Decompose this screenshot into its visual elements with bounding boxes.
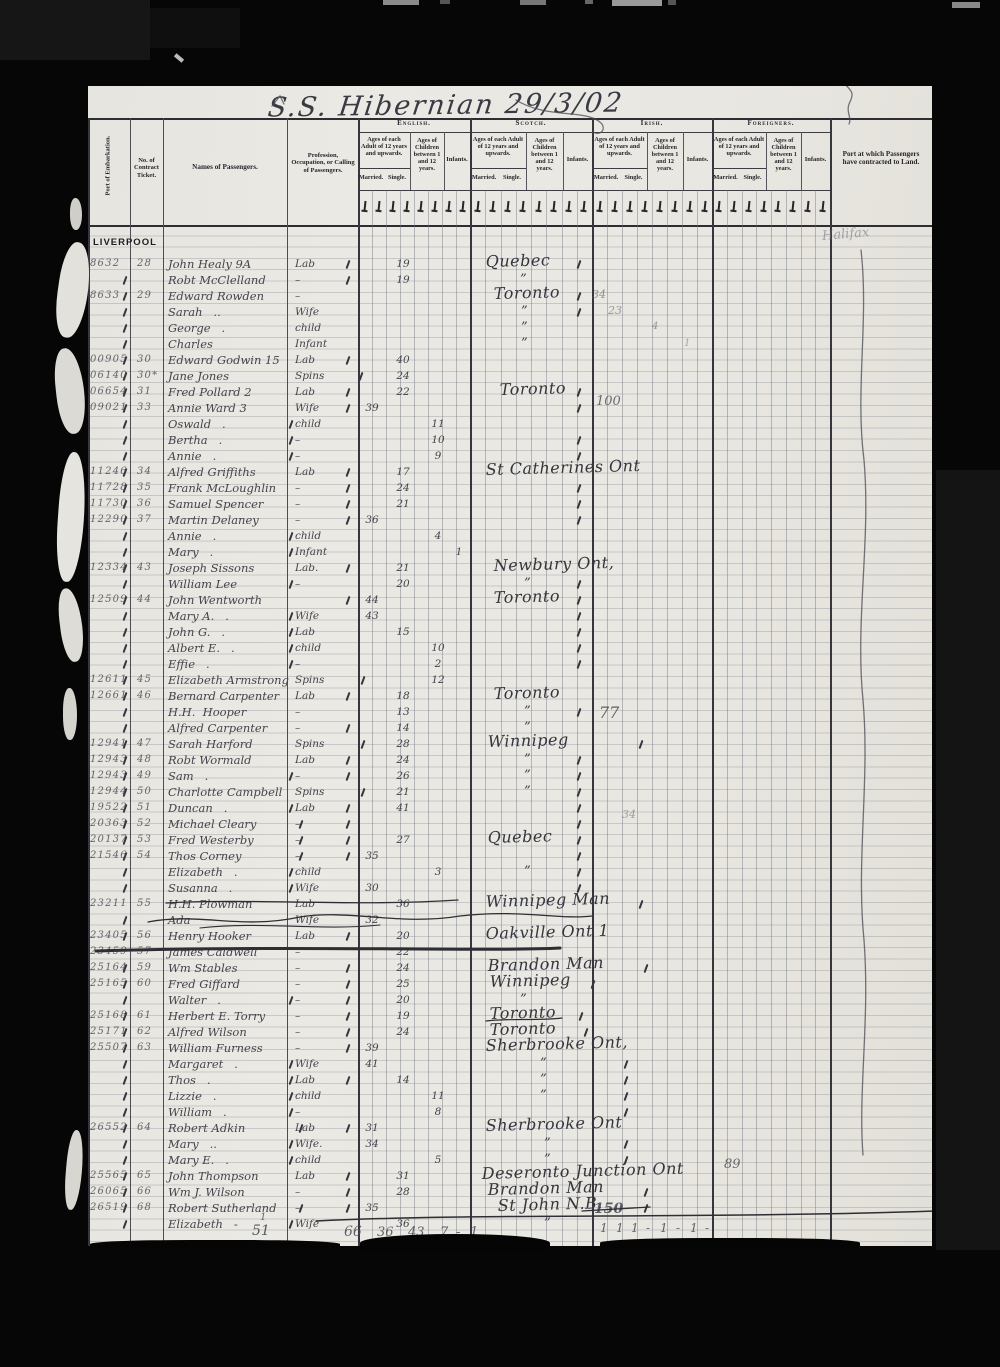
destination: Winnipeg Man <box>486 889 611 911</box>
occupation: Lab <box>295 386 315 398</box>
age-am: 41 <box>365 1058 378 1070</box>
manifest-row: Mary A. .Wife43 <box>0 608 1000 624</box>
section-line <box>592 132 712 133</box>
check-mark <box>123 580 128 589</box>
passenger-name: Elizabeth Armstrong <box>168 673 289 687</box>
column-header-occupation: Profession, Occupation, or Calling of Pa… <box>291 152 355 174</box>
check-mark <box>624 1076 629 1085</box>
occupation: – <box>295 578 300 590</box>
port-stamp: LIVERPOOL <box>93 237 157 248</box>
destination: ” <box>524 768 531 783</box>
passenger-name: Edward Rowden <box>168 289 264 303</box>
occupation: Lab <box>295 1074 315 1086</box>
manifest-row: 1294450Charlotte CampbellSpins21” <box>0 784 1000 800</box>
check-mark <box>624 1140 629 1149</box>
manifest-row: Elizabeth .child3” <box>0 864 1000 880</box>
age-ac: 10 <box>431 434 444 446</box>
check-mark <box>577 612 582 621</box>
check-mark <box>577 596 582 605</box>
section-line <box>358 132 470 133</box>
check-mark <box>577 628 582 637</box>
subheader-infants: Infants. <box>683 156 712 163</box>
check-mark <box>289 1060 294 1069</box>
age-am: 39 <box>365 1042 378 1054</box>
manifest-row: 1250944John Wentworth44Toronto <box>0 592 1000 608</box>
destination: ” <box>540 1088 547 1103</box>
age-as: 26 <box>396 770 409 782</box>
age-as: 19 <box>396 1010 409 1022</box>
pencil-annotation: 1 <box>684 338 690 349</box>
check-mark <box>289 772 294 781</box>
passenger-name: Ada <box>168 913 191 927</box>
check-mark <box>123 884 128 893</box>
manifest-row: 1294349Sam .–26” <box>0 768 1000 784</box>
check-mark <box>289 628 294 637</box>
check-mark <box>346 388 351 397</box>
manifest-row: Albert E. .child10 <box>0 640 1000 656</box>
check-mark <box>361 740 366 749</box>
check-mark <box>123 1060 128 1069</box>
passenger-name: John Thompson <box>168 1169 259 1183</box>
check-mark <box>123 1220 128 1229</box>
passenger-name: Annie . <box>168 449 216 463</box>
column-header-ticket: No. of Contract Ticket. <box>131 157 162 179</box>
contract-number: 53 <box>137 834 152 845</box>
contract-number: 52 <box>137 818 152 829</box>
contract-number: 30* <box>137 370 158 381</box>
age-as: 17 <box>396 466 409 478</box>
occupation: Wife <box>295 610 319 622</box>
check-mark <box>346 692 351 701</box>
pencil-annotation: 1 <box>690 1221 698 1235</box>
check-mark <box>123 324 128 333</box>
check-mark <box>123 1092 128 1101</box>
passenger-name: Elizabeth . <box>168 865 237 879</box>
check-mark <box>123 340 128 349</box>
adult-line <box>592 168 647 169</box>
occupation: – <box>295 1106 300 1118</box>
age-am: 34 <box>365 1138 378 1150</box>
check-mark <box>289 548 294 557</box>
manifest-row: Bertha .–10 <box>0 432 1000 448</box>
destination: ” <box>544 1216 551 1231</box>
passenger-name: Susanna . <box>168 881 232 895</box>
passenger-name: H.H. Plowman <box>168 897 252 911</box>
subheader-single: Single. <box>384 174 410 181</box>
occupation: – <box>295 290 300 302</box>
pencil-annotation: 1 <box>616 1221 624 1235</box>
age-am: 32 <box>365 914 378 926</box>
destination: ” <box>540 1056 547 1071</box>
age-ac: 5 <box>435 1154 442 1166</box>
occupation: child <box>295 866 321 878</box>
pencil-annotation: 150 <box>594 1201 623 1217</box>
passenger-name: Albert E. . <box>168 641 235 655</box>
section-title: English. <box>358 120 470 128</box>
check-mark <box>346 276 351 285</box>
age-as: 24 <box>396 482 409 494</box>
contract-number: 50 <box>137 786 152 797</box>
occupation: Wife <box>295 402 319 414</box>
manifest-row: Lizzie .child11” <box>0 1088 1000 1104</box>
passenger-name: Robt Wormald <box>168 753 251 767</box>
check-mark <box>123 660 128 669</box>
occupation: Lab <box>295 690 315 702</box>
check-mark <box>346 996 351 1005</box>
check-mark <box>289 1108 294 1117</box>
destination: Sherbrooke Ont <box>486 1112 623 1135</box>
occupation: – <box>295 434 300 446</box>
check-mark <box>289 804 294 813</box>
passenger-name: Oswald . <box>168 417 226 431</box>
subheader-children: Ages of Children between 1 and 12 years. <box>527 137 562 172</box>
occupation: – <box>295 978 300 990</box>
manifest-row: 2340556Henry HookerLab20Oakville Ont 1 <box>0 928 1000 944</box>
check-mark <box>577 644 582 653</box>
destination: ” <box>524 704 531 719</box>
occupation: – <box>295 1026 300 1038</box>
occupation: – <box>295 962 300 974</box>
pencil-annotation: - <box>646 1221 650 1235</box>
age-as: 27 <box>396 834 409 846</box>
check-mark <box>359 372 364 381</box>
subheader-married: Married. <box>712 174 739 181</box>
sex-tick-column-label <box>613 201 616 211</box>
age-ac: 3 <box>435 866 442 878</box>
passenger-name: Sam . <box>168 769 208 783</box>
age-as: 36 <box>396 898 409 910</box>
film-shade-topleft <box>0 0 150 60</box>
occupation: Spins <box>295 674 324 686</box>
sex-tick-column-label <box>673 201 676 211</box>
passenger-name: Walter . <box>168 993 221 1007</box>
pencil-annotation: - <box>676 1221 680 1235</box>
occupation: – <box>295 274 300 286</box>
manifest-row: 1229037Martin Delaney–36 <box>0 512 1000 528</box>
passenger-name: Thos Corney <box>168 849 242 863</box>
check-mark <box>123 1076 128 1085</box>
contract-number: 62 <box>137 1026 152 1037</box>
passenger-name: Alfred Wilson <box>168 1025 247 1039</box>
check-mark <box>123 724 128 733</box>
check-mark <box>577 260 582 269</box>
manifest-row: 0090530Edward Godwin 15Lab40 <box>0 352 1000 368</box>
occupation: child <box>295 530 321 542</box>
passenger-name: George . <box>168 321 225 335</box>
subheader-infants: Infants. <box>563 156 592 163</box>
check-mark <box>577 852 582 861</box>
occupation: – <box>295 1010 300 1022</box>
manifest-row: 2013753Fred Westerby–27Quebec <box>0 832 1000 848</box>
age-ac: 9 <box>435 450 442 462</box>
contract-number: 54 <box>137 850 152 861</box>
contract-number: 31 <box>137 386 152 397</box>
check-mark <box>123 868 128 877</box>
occupation: – <box>295 770 300 782</box>
film-edge-bottom <box>0 1246 1000 1367</box>
contract-number: 46 <box>137 690 152 701</box>
film-mark <box>520 0 546 5</box>
age-ac: 10 <box>431 642 444 654</box>
age-as: 24 <box>396 370 409 382</box>
check-mark <box>577 804 582 813</box>
ticket-number: 23211 <box>90 898 128 909</box>
passenger-name: Wm J. Wilson <box>168 1185 245 1199</box>
contract-number: 34 <box>137 466 152 477</box>
manifest-row: 1294348Robt WormaldLab24” <box>0 752 1000 768</box>
check-mark <box>577 292 582 301</box>
adult-line <box>470 168 526 169</box>
occupation: Lab <box>295 1170 315 1182</box>
check-mark <box>346 852 351 861</box>
age-am: 35 <box>365 850 378 862</box>
pencil-annotation: 1 <box>600 1221 608 1235</box>
occupation: Infant <box>295 338 327 350</box>
destination: Winnipeg <box>488 730 569 751</box>
check-mark <box>123 452 128 461</box>
sex-tick-column-label <box>552 201 555 211</box>
check-mark <box>577 836 582 845</box>
subheader-children: Ages of Children between 1 and 12 years. <box>648 137 682 172</box>
occupation: Lab <box>295 466 315 478</box>
microfilm-scan: S.S. Hibernian 29/3/02 Port of Embarkati… <box>0 0 1000 1367</box>
destination: Quebec <box>488 826 553 847</box>
check-mark <box>289 1076 294 1085</box>
film-tear-blob <box>70 198 82 230</box>
destination: ” <box>521 304 528 319</box>
occupation: Wife. <box>295 1138 322 1150</box>
occupation: Spins <box>295 370 324 382</box>
ticket-number: 8632 <box>90 258 120 269</box>
contract-number: 45 <box>137 674 152 685</box>
check-mark <box>577 868 582 877</box>
check-mark <box>624 1060 629 1069</box>
destination: St Catherines Ont <box>486 456 641 479</box>
passenger-name: Mary .. <box>168 1137 217 1151</box>
passenger-name: Robert Adkin <box>168 1121 245 1135</box>
age-am: 31 <box>365 1122 378 1134</box>
manifest-row: 863228John Healy 9ALab19Quebec <box>0 256 1000 272</box>
check-mark <box>639 740 644 749</box>
passenger-name: John Healy 9A <box>168 257 251 271</box>
check-mark <box>289 1156 294 1165</box>
check-mark <box>346 1188 351 1197</box>
film-mark <box>585 0 593 4</box>
age-as: 21 <box>396 786 409 798</box>
check-mark <box>577 660 582 669</box>
check-mark <box>289 996 294 1005</box>
age-ac: 8 <box>435 1106 442 1118</box>
passenger-name: Charles <box>168 337 213 351</box>
sex-tick-column-label <box>806 201 809 211</box>
pencil-annotation: 1 <box>260 1212 266 1223</box>
passenger-name: Margaret . <box>168 1057 238 1071</box>
occupation: – <box>295 482 300 494</box>
contract-number: 29 <box>137 290 152 301</box>
age-as: 28 <box>396 738 409 750</box>
subheader-children: Ages of Children between 1 and 12 years. <box>767 137 800 172</box>
contract-number: 64 <box>137 1122 152 1133</box>
subheader-adult: Ages of each Adult of 12 years and upwar… <box>359 136 409 157</box>
check-mark <box>289 532 294 541</box>
check-mark <box>624 1108 629 1117</box>
contract-number: 28 <box>137 258 152 269</box>
check-mark <box>289 420 294 429</box>
check-mark <box>577 772 582 781</box>
passenger-name: John G. . <box>168 625 225 639</box>
passenger-name: Martin Delaney <box>168 513 259 527</box>
check-mark <box>346 1044 351 1053</box>
destination: Toronto <box>500 378 567 399</box>
passenger-name: Mary E. . <box>168 1153 229 1167</box>
sex-tick-column-label <box>762 201 765 211</box>
occupation: Spins <box>295 738 324 750</box>
age-as: 40 <box>396 354 409 366</box>
contract-number: 60 <box>137 978 152 989</box>
pencil-annotation: 66 <box>344 1224 362 1240</box>
manifest-row: 2651968Robert Sutherland–35St John N.B. <box>0 1200 1000 1216</box>
sex-tick-column-label <box>821 201 824 211</box>
manifest-row: 1952251Duncan .Lab41 <box>0 800 1000 816</box>
column-header-port: Port of Embarkation. <box>104 136 111 196</box>
check-mark <box>591 980 596 989</box>
passenger-name: James Caldwell <box>168 945 257 959</box>
manifest-row: 863329Edward Rowden–Toronto <box>0 288 1000 304</box>
film-shade-right <box>936 470 1000 1250</box>
check-mark <box>346 500 351 509</box>
check-mark <box>123 292 128 301</box>
check-mark <box>577 708 582 717</box>
check-mark <box>577 820 582 829</box>
age-am: 43 <box>365 610 378 622</box>
age-as: 18 <box>396 690 409 702</box>
occupation: child <box>295 1090 321 1102</box>
film-mark <box>668 0 676 5</box>
contract-number: 30 <box>137 354 152 365</box>
check-mark <box>346 836 351 845</box>
passenger-name: Edward Godwin 15 <box>168 353 280 367</box>
contract-number: 36 <box>137 498 152 509</box>
subheader-married: Married. <box>358 174 384 181</box>
check-mark <box>123 420 128 429</box>
contract-number: 63 <box>137 1042 152 1053</box>
passenger-name: Sarah Harford <box>168 737 253 751</box>
passenger-name: Annie Ward 3 <box>168 401 247 415</box>
manifest-row: 2154654Thos Corney–35 <box>0 848 1000 864</box>
check-mark <box>346 1076 351 1085</box>
check-mark <box>346 1204 351 1213</box>
passenger-name: Bernard Carpenter <box>168 689 279 703</box>
destination: ” <box>544 1136 551 1151</box>
age-am: 44 <box>365 594 378 606</box>
passenger-name: Annie . <box>168 529 216 543</box>
pencil-annotation: 51 <box>252 1223 270 1239</box>
pencil-annotation: - <box>705 1221 709 1235</box>
check-mark <box>346 772 351 781</box>
contract-number: 55 <box>137 898 152 909</box>
contract-number: 68 <box>137 1202 152 1213</box>
age-as: 15 <box>396 626 409 638</box>
passenger-name: Wm Stables <box>168 961 237 975</box>
occupation: Lab <box>295 626 315 638</box>
section-title: Foreigners. <box>712 120 830 128</box>
manifest-row: 1294147Sarah HarfordSpins28Winnipeg <box>0 736 1000 752</box>
destination: Toronto <box>494 586 561 607</box>
manifest-row: Thos .Lab14” <box>0 1072 1000 1088</box>
destination: ” <box>524 752 531 767</box>
occupation: – <box>295 498 300 510</box>
manifest-row: 2321155H.H. PlowmanLab36Winnipeg Man <box>0 896 1000 912</box>
check-mark <box>123 276 128 285</box>
check-mark <box>577 580 582 589</box>
check-mark <box>289 1092 294 1101</box>
occupation: – <box>295 722 300 734</box>
pencil-annotation: 77 <box>599 703 619 722</box>
check-mark <box>123 436 128 445</box>
pencil-annotation: 100 <box>596 394 621 409</box>
occupation: Infant <box>295 546 327 558</box>
check-mark <box>639 900 644 909</box>
film-bottom-bump <box>360 1234 550 1252</box>
check-mark <box>346 724 351 733</box>
passenger-name: Frank McLoughlin <box>168 481 276 495</box>
age-am: 35 <box>365 1202 378 1214</box>
manifest-row: John G. .Lab15 <box>0 624 1000 640</box>
column-header-land: Port at which Passengers have contracted… <box>838 150 924 166</box>
film-mark <box>612 0 662 6</box>
pencil-annotation: 89 <box>724 1157 741 1172</box>
occupation: Lab. <box>295 562 318 574</box>
contract-number: 65 <box>137 1170 152 1181</box>
destination: Quebec <box>486 250 551 271</box>
column-header-names: Names of Passengers. <box>175 163 275 171</box>
film-mark <box>952 2 980 8</box>
occupation: – <box>295 1042 300 1054</box>
check-mark <box>346 404 351 413</box>
check-mark <box>123 612 128 621</box>
age-as: 24 <box>396 962 409 974</box>
check-mark <box>289 644 294 653</box>
destination: St John N.B. <box>498 1193 604 1215</box>
sex-tick-column-label <box>491 201 494 211</box>
manifest-row: CharlesInfant” <box>0 336 1000 352</box>
contract-number: 47 <box>137 738 152 749</box>
occupation: Wife <box>295 1058 319 1070</box>
subheader-single: Single. <box>739 174 766 181</box>
manifest-row: 1233443Joseph SissonsLab.21Newbury Ont, <box>0 560 1000 576</box>
check-mark <box>577 388 582 397</box>
contract-number: 57 <box>137 946 152 957</box>
sex-tick-column-label <box>747 201 750 211</box>
sex-tick-column-label <box>598 201 601 211</box>
subheader-married: Married. <box>592 174 620 181</box>
check-mark <box>289 436 294 445</box>
occupation: – <box>295 706 300 718</box>
age-as: 20 <box>396 930 409 942</box>
destination: Toronto <box>494 282 561 303</box>
occupation: – <box>295 946 300 958</box>
passenger-name: Lizzie . <box>168 1089 217 1103</box>
age-as: 31 <box>396 1170 409 1182</box>
occupation: Lab <box>295 354 315 366</box>
age-as: 25 <box>396 978 409 990</box>
occupation: child <box>295 418 321 430</box>
manifest-row: Sarah ..Wife” <box>0 304 1000 320</box>
passenger-name: Robt McClelland <box>168 273 266 287</box>
age-as: 19 <box>396 258 409 270</box>
manifest-row: Annie .child4 <box>0 528 1000 544</box>
sex-tick-column-label <box>658 201 661 211</box>
